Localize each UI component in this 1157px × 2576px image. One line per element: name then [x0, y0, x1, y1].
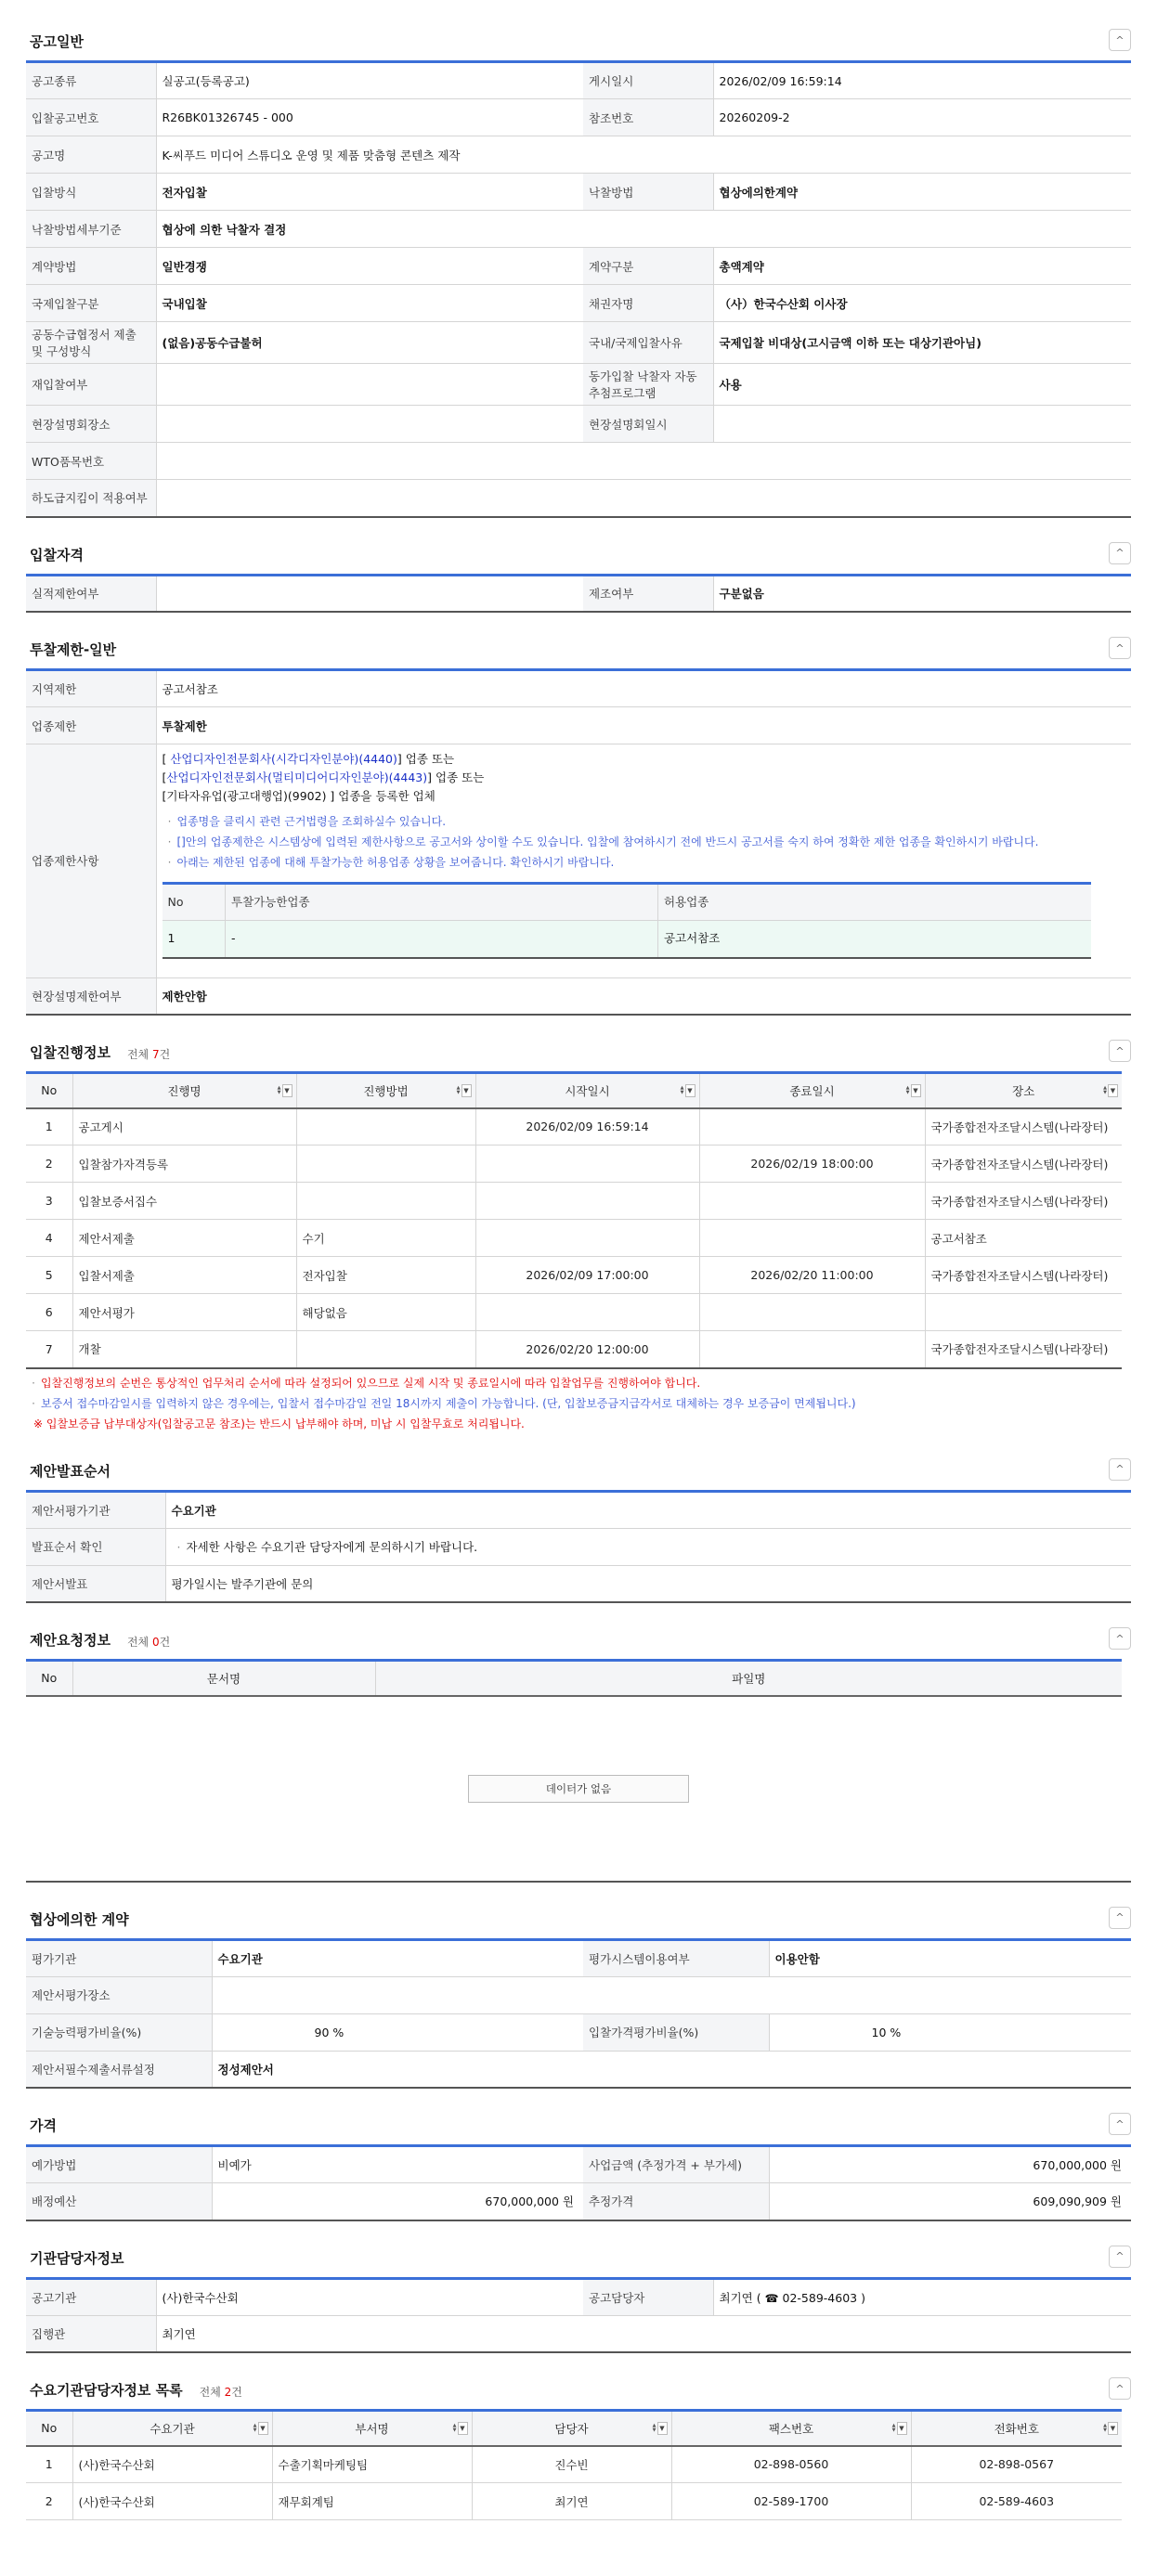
demand-contacts-table: No수요기관▲ ▼▼부서명▲ ▼▼담당자▲ ▼▼팩스번호▲ ▼▼전화번호▲ ▼▼…: [26, 2409, 1122, 2520]
table-cell: 2026/02/19 18:00:00: [699, 1146, 925, 1183]
table-cell: [475, 1183, 699, 1220]
field-value: 정성제안서: [212, 2051, 1131, 2088]
field-label: 공고명: [26, 136, 156, 174]
table-cell: 전자입찰: [296, 1257, 475, 1294]
table-cell: 4: [26, 1220, 72, 1257]
table-cell: 해당없음: [296, 1294, 475, 1331]
field-value: 수요기관: [165, 1491, 1131, 1528]
no-data-message: 데이터가 없음: [468, 1775, 689, 1803]
column-label: 부서명: [355, 2422, 388, 2436]
section-general: 공고일반 ^ 공고종류실공고(등록공고)게시일시2026/02/09 16:59…: [26, 19, 1131, 518]
field-label: 예가방법: [26, 2146, 212, 2183]
table-cell: 수출기획마케팅팀: [272, 2446, 472, 2483]
sort-control[interactable]: ▲ ▼▼: [1103, 2422, 1118, 2435]
chevron-up-icon: ^: [1115, 2118, 1124, 2130]
note-sequence: ·입찰진행정보의 순번은 통상적인 업무처리 순서에 따라 설정되어 있으므로 …: [26, 1373, 1131, 1393]
table-cell: 국가종합전자조달시스템(나라장터): [925, 1108, 1122, 1146]
field-label: 게시일시: [583, 62, 713, 99]
field-label: 낙찰방법: [583, 174, 713, 211]
section-title: 입찰진행정보: [26, 1042, 110, 1062]
field-value: ·자세한 사항은 수요기관 담당자에게 문의하시기 바랍니다.: [165, 1528, 1131, 1565]
column-header: 허용업종: [658, 884, 1091, 921]
table-cell: (사)한국수산회: [72, 2446, 272, 2483]
field-value: [212, 1976, 1131, 2013]
field-value: 이용안함: [769, 1939, 1131, 1976]
section-proposal-request: 제안요청정보 전체 0건 ^ No문서명파일명 데이터가 없음: [26, 1603, 1131, 1883]
column-label: 팩스번호: [769, 2422, 813, 2436]
column-label: 진행명: [167, 1084, 201, 1098]
field-value: K-씨푸드 미디어 스튜디오 운영 및 제품 맞춤형 콘텐츠 제작: [156, 136, 1131, 174]
table-cell: 5: [26, 1257, 72, 1294]
bullet: ·: [162, 832, 177, 852]
table-row: 1-공고서참조: [162, 921, 1091, 958]
section-title: 투찰제한-일반: [26, 640, 116, 659]
field-label: 실적제한여부: [26, 575, 156, 612]
field-value: 국제입찰 비대상(고시금액 이하 또는 대상기관아님): [713, 322, 1131, 364]
table-row: 6제안서평가해당없음: [26, 1294, 1122, 1331]
price-table: 예가방법 비예가 사업금액 (추정가격 + 부가세) 670,000,000 원…: [26, 2144, 1131, 2221]
table-cell: 2026/02/20 12:00:00: [475, 1331, 699, 1368]
section-negotiation: 협상에의한 계약 ^ 평가기관수요기관평가시스템이용여부이용안함제안서평가장소기…: [26, 1883, 1131, 2090]
field-value: 구분없음: [713, 575, 1131, 612]
column-label: 담당자: [554, 2422, 588, 2436]
sort-arrows-icon[interactable]: ▲ ▼: [906, 1086, 910, 1095]
sort-arrows-icon[interactable]: ▲ ▼: [1103, 2424, 1107, 2433]
field-value: 90 %: [212, 2013, 583, 2051]
sort-arrows-icon[interactable]: ▲ ▼: [253, 2424, 257, 2433]
field-value: 20260209-2: [713, 99, 1131, 136]
field-label: 업종제한: [26, 707, 156, 744]
field-label: 동가입찰 낙찰자 자동추첨프로그램: [583, 364, 713, 406]
field-label: 발표순서 확인: [26, 1528, 165, 1565]
field-value: [156, 443, 1131, 480]
table-cell: 02-898-0567: [911, 2446, 1122, 2483]
table-cell: 2: [26, 2483, 72, 2520]
table-cell: [296, 1108, 475, 1146]
table-cell: [699, 1331, 925, 1368]
table-cell: [699, 1294, 925, 1331]
field-value: [156, 575, 583, 612]
filter-dropdown-icon[interactable]: ▼: [685, 1084, 695, 1097]
form-row: WTO품목번호: [26, 443, 1131, 480]
field-label: 추정가격: [583, 2183, 769, 2220]
field-label: 국제입찰구분: [26, 285, 156, 322]
field-label: 입찰가격평가비율(%): [583, 2013, 769, 2051]
field-label: 집행관: [26, 2315, 156, 2352]
table-cell: [699, 1220, 925, 1257]
column-header: No: [26, 2411, 72, 2446]
form-row: 공동수급협정서 제출 및 구성방식(없음)공동수급불허국내/국제입찰사유국제입찰…: [26, 322, 1131, 364]
field-label: 국내/국제입찰사유: [583, 322, 713, 364]
allocated-budget: 670,000,000 원: [212, 2183, 583, 2220]
form-row: 현장설명회장소현장설명회일시: [26, 406, 1131, 443]
form-row: 실적제한여부제조여부구분없음: [26, 575, 1131, 612]
column-header: 파일명: [375, 1661, 1122, 1696]
field-label: 제조여부: [583, 575, 713, 612]
field-value: [156, 480, 1131, 517]
table-cell: 2026/02/09 17:00:00: [475, 1257, 699, 1294]
table-cell: 입찰보증서집수: [72, 1183, 296, 1220]
form-row: 하도급지킴이 적용여부: [26, 480, 1131, 517]
field-label: 제안서발표: [26, 1565, 165, 1602]
field-value: 국내입찰: [156, 285, 583, 322]
field-label: 현장설명제한여부: [26, 977, 156, 1015]
form-row: 공고명K-씨푸드 미디어 스튜디오 운영 및 제품 맞춤형 콘텐츠 제작: [26, 136, 1131, 174]
table-cell: [475, 1294, 699, 1331]
field-label: 지역제한: [26, 670, 156, 707]
section-title: 수요기관담당자정보 목록: [26, 2380, 183, 2400]
sort-arrows-icon[interactable]: ▲ ▼: [681, 1086, 684, 1095]
column-header[interactable]: 담당자▲ ▼▼: [472, 2411, 671, 2446]
field-value: 사용: [713, 364, 1131, 406]
field-label: 제안서평가장소: [26, 1976, 212, 2013]
sort-arrows-icon[interactable]: ▲ ▼: [1103, 1086, 1107, 1095]
section-title: 제안발표순서: [26, 1461, 110, 1481]
progress-table: No진행명▲ ▼▼진행방법▲ ▼▼시작일시▲ ▼▼종료일시▲ ▼▼장소▲ ▼▼ …: [26, 1071, 1122, 1369]
field-value: 평가일시는 발주기관에 문의: [165, 1565, 1131, 1602]
form-row: 계약방법일반경쟁계약구분총액계약: [26, 248, 1131, 285]
field-label: 공고종류: [26, 62, 156, 99]
empty-state: 데이터가 없음: [26, 1697, 1131, 1883]
sort-arrows-icon[interactable]: ▲ ▼: [453, 2424, 457, 2433]
chevron-up-icon: ^: [1115, 1045, 1124, 1057]
note-deposit: ※ 입찰보증금 납부대상자(입찰공고문 참조)는 반드시 납부해야 하며, 미납…: [26, 1414, 1131, 1434]
column-header: 투찰가능한업종: [226, 884, 658, 921]
column-header[interactable]: 팩스번호▲ ▼▼: [671, 2411, 911, 2446]
sort-control[interactable]: ▲ ▼▼: [653, 2422, 668, 2435]
column-header[interactable]: 전화번호▲ ▼▼: [911, 2411, 1122, 2446]
collapse-button[interactable]: ^: [1109, 2246, 1131, 2268]
table-cell: 1: [26, 2446, 72, 2483]
qualification-table: 실적제한여부제조여부구분없음: [26, 574, 1131, 614]
table-row: 4제안서제출수기공고서참조: [26, 1220, 1122, 1257]
column-header[interactable]: 장소▲ ▼▼: [925, 1073, 1122, 1108]
field-value: 일반경쟁: [156, 248, 583, 285]
sort-arrows-icon[interactable]: ▲ ▼: [653, 2424, 656, 2433]
field-label: 업종제한사항: [26, 744, 156, 978]
filter-dropdown-icon[interactable]: ▼: [657, 2422, 668, 2435]
chevron-up-icon: ^: [1115, 1463, 1124, 1475]
field-label: 참조번호: [583, 99, 713, 136]
form-row: 제안서필수제출서류설정정성제안서: [26, 2051, 1131, 2088]
field-label: 현장설명회일시: [583, 406, 713, 443]
field-value: [713, 406, 1131, 443]
filter-dropdown-icon[interactable]: ▼: [1108, 1084, 1118, 1097]
table-cell: 개찰: [72, 1331, 296, 1368]
column-label: 진행방법: [363, 1084, 408, 1098]
table-row: 1공고게시2026/02/09 16:59:14국가종합전자조달시스템(나라장터…: [26, 1108, 1122, 1146]
column-header: No: [162, 884, 226, 921]
table-cell: 1: [26, 1108, 72, 1146]
collapse-button[interactable]: ^: [1109, 542, 1131, 564]
table-cell: 진수빈: [472, 2446, 671, 2483]
form-row: 제안서평가장소: [26, 1976, 1131, 2013]
column-label: 수요기관: [149, 2422, 194, 2436]
table-cell: 02-898-0560: [671, 2446, 911, 2483]
table-row: 2(사)한국수산회재무회계팀최기연02-589-170002-589-4603: [26, 2483, 1122, 2520]
table-cell: [699, 1108, 925, 1146]
total-count: 전체 0건: [127, 1634, 170, 1650]
section-demand-contacts: 수요기관담당자정보 목록 전체 2건 ^ No수요기관▲ ▼▼부서명▲ ▼▼담당…: [26, 2353, 1131, 2520]
form-row: 재입찰여부동가입찰 낙찰자 자동추첨프로그램사용: [26, 364, 1131, 406]
section-title: 협상에의한 계약: [26, 1909, 129, 1929]
table-cell: 2: [26, 1146, 72, 1183]
filter-dropdown-icon[interactable]: ▼: [911, 1084, 921, 1097]
table-row: 2입찰참가자격등록2026/02/19 18:00:00국가종합전자조달시스템(…: [26, 1146, 1122, 1183]
table-cell: 수기: [296, 1220, 475, 1257]
field-value: 비예가: [212, 2146, 583, 2183]
table-cell: 제안서제출: [72, 1220, 296, 1257]
table-cell: 02-589-1700: [671, 2483, 911, 2520]
form-row: 낙찰방법세부기준협상에 의한 낙찰자 결정: [26, 211, 1131, 248]
field-value: 2026/02/09 16:59:14: [713, 62, 1131, 99]
collapse-button[interactable]: ^: [1109, 1040, 1131, 1062]
agency-table: 공고기관 (사)한국수산회 공고담당자 최기연 ( ☎ 02-589-4603 …: [26, 2277, 1131, 2354]
table-cell: [699, 1183, 925, 1220]
progress-notes: ·입찰진행정보의 순번은 통상적인 업무처리 순서에 따라 설정되어 있으므로 …: [26, 1369, 1131, 1434]
restriction-note: ·아래는 제한된 업종에 대해 투찰가능한 허용업종 상황을 보여줍니다. 확인…: [162, 852, 1126, 873]
field-value: 협상에 의한 낙찰자 결정: [156, 211, 1131, 248]
table-cell: 국가종합전자조달시스템(나라장터): [925, 1183, 1122, 1220]
form-row: 기술능력평가비율(%)90 %입찰가격평가비율(%)10 %: [26, 2013, 1131, 2051]
filter-dropdown-icon[interactable]: ▼: [282, 1084, 292, 1097]
section-qualification: 입찰자격 ^ 실적제한여부제조여부구분없음: [26, 518, 1131, 614]
table-cell: 재무회계팀: [272, 2483, 472, 2520]
section-price: 가격 ^ 예가방법 비예가 사업금액 (추정가격 + 부가세) 670,000,…: [26, 2089, 1131, 2221]
table-cell: 국가종합전자조달시스템(나라장터): [925, 1257, 1122, 1294]
sort-control[interactable]: ▲ ▼▼: [253, 2422, 268, 2435]
field-value: (없음)공동수급불허: [156, 322, 583, 364]
field-label: 평가기관: [26, 1939, 212, 1976]
collapse-button[interactable]: ^: [1109, 2113, 1131, 2135]
field-value: (사)한국수산회: [156, 2278, 583, 2315]
chevron-up-icon: ^: [1115, 34, 1124, 46]
business-amount: 670,000,000 원: [769, 2146, 1131, 2183]
form-row: 입찰공고번호R26BK01326745 - 000참조번호20260209-2: [26, 99, 1131, 136]
table-cell: 2026/02/20 11:00:00: [699, 1257, 925, 1294]
column-header: 문서명: [72, 1661, 375, 1696]
column-header: No: [26, 1661, 72, 1696]
table-cell: 국가종합전자조달시스템(나라장터): [925, 1146, 1122, 1183]
field-value: 최기연: [156, 2315, 1131, 2352]
proposal-request-table: No문서명파일명: [26, 1659, 1122, 1697]
field-value: 제한안함: [156, 977, 1131, 1015]
bullet: ·: [162, 811, 177, 832]
table-cell: 최기연: [472, 2483, 671, 2520]
table-cell: 2026/02/09 16:59:14: [475, 1108, 699, 1146]
column-label: 종료일시: [789, 1084, 834, 1098]
column-header[interactable]: 수요기관▲ ▼▼: [72, 2411, 272, 2446]
table-cell: 공고서참조: [925, 1220, 1122, 1257]
field-label: 하도급지킴이 적용여부: [26, 480, 156, 517]
field-value: 공고서참조: [156, 670, 1131, 707]
collapse-button[interactable]: ^: [1109, 1907, 1131, 1929]
field-label: 입찰공고번호: [26, 99, 156, 136]
column-label: No: [41, 2421, 57, 2435]
field-value: 협상에의한계약: [713, 174, 1131, 211]
chevron-up-icon: ^: [1115, 2250, 1124, 2262]
estimated-price: 609,090,909 원: [769, 2183, 1131, 2220]
table-cell: [296, 1146, 475, 1183]
table-cell: 공고게시: [72, 1108, 296, 1146]
table-cell: (사)한국수산회: [72, 2483, 272, 2520]
field-label: 사업금액 (추정가격 + 부가세): [583, 2146, 769, 2183]
column-header[interactable]: 진행명▲ ▼▼: [72, 1073, 296, 1108]
table-cell: 3: [26, 1183, 72, 1220]
table-cell: [475, 1220, 699, 1257]
contact-person: 최기연 ( ☎ 02-589-4603 ): [713, 2278, 1131, 2315]
field-value: 실공고(등록공고): [156, 62, 583, 99]
form-row: 제안서발표평가일시는 발주기관에 문의: [26, 1565, 1131, 1602]
column-label: 전화번호: [994, 2422, 1039, 2436]
column-label: 장소: [1012, 1084, 1034, 1098]
form-row: 국제입찰구분국내입찰채권자명（사）한국수산회 이사장: [26, 285, 1131, 322]
column-label: No: [41, 1671, 57, 1685]
column-header[interactable]: 진행방법▲ ▼▼: [296, 1073, 475, 1108]
table-cell: [296, 1331, 475, 1368]
column-label: No: [41, 1083, 57, 1097]
section-title: 입찰자격: [26, 545, 84, 564]
section-title: 가격: [26, 2116, 57, 2135]
sort-control[interactable]: ▲ ▼▼: [1103, 1084, 1118, 1097]
collapse-button[interactable]: ^: [1109, 2377, 1131, 2400]
sort-arrows-icon[interactable]: ▲ ▼: [278, 1086, 281, 1095]
restriction-table: 지역제한 공고서참조 업종제한 투찰제한 업종제한사항 [ 산업디자인전문회사(…: [26, 668, 1131, 1016]
field-label: 평가시스템이용여부: [583, 1939, 769, 1976]
table-cell: 입찰서제출: [72, 1257, 296, 1294]
industry-line: [기타자유업(광고대행업)(9902) ] 업종을 등록한 업체: [162, 787, 1126, 806]
chevron-up-icon: ^: [1115, 1633, 1124, 1645]
field-label: 공고담당자: [583, 2278, 713, 2315]
filter-dropdown-icon[interactable]: ▼: [1108, 2422, 1118, 2435]
section-title: 기관담당자정보: [26, 2248, 123, 2268]
form-row: 제안서평가기관수요기관: [26, 1491, 1131, 1528]
field-label: 낙찰방법세부기준: [26, 211, 156, 248]
field-value: [156, 406, 583, 443]
collapse-button[interactable]: ^: [1109, 637, 1131, 659]
filter-dropdown-icon[interactable]: ▼: [897, 2422, 907, 2435]
table-cell: 입찰참가자격등록: [72, 1146, 296, 1183]
form-row: 발표순서 확인·자세한 사항은 수요기관 담당자에게 문의하시기 바랍니다.: [26, 1528, 1131, 1565]
field-value: 10 %: [769, 2013, 1131, 2051]
sort-arrows-icon[interactable]: ▲ ▼: [892, 2424, 896, 2433]
table-cell: 02-589-4603: [911, 2483, 1122, 2520]
bullet: ·: [172, 1540, 187, 1554]
field-label: 배정예산: [26, 2183, 212, 2220]
industry-link[interactable]: 산업디자인전문회사(멀티미디어디자인분야)(4443): [166, 770, 427, 784]
section-title: 공고일반: [26, 32, 84, 51]
field-label: 공고기관: [26, 2278, 156, 2315]
table-row: 3입찰보증서집수국가종합전자조달시스템(나라장터): [26, 1183, 1122, 1220]
field-label: 제안서평가기관: [26, 1491, 165, 1528]
column-header[interactable]: 시작일시▲ ▼▼: [475, 1073, 699, 1108]
field-label: 계약방법: [26, 248, 156, 285]
general-table: 공고종류실공고(등록공고)게시일시2026/02/09 16:59:14입찰공고…: [26, 60, 1131, 518]
field-label: 공동수급협정서 제출 및 구성방식: [26, 322, 156, 364]
total-count: 전체 2건: [200, 2384, 242, 2400]
column-label: 시작일시: [565, 1084, 609, 1098]
table-cell: 7: [26, 1331, 72, 1368]
field-label: 계약구분: [583, 248, 713, 285]
field-value: 수요기관: [212, 1939, 583, 1976]
column-header: No: [26, 1073, 72, 1108]
field-label: 채권자명: [583, 285, 713, 322]
field-label: 재입찰여부: [26, 364, 156, 406]
chevron-up-icon: ^: [1115, 547, 1124, 559]
collapse-button[interactable]: ^: [1109, 1627, 1131, 1650]
bullet: ·: [162, 852, 177, 873]
section-agency-contact: 기관담당자정보 ^ 공고기관 (사)한국수산회 공고담당자 최기연 ( ☎ 02…: [26, 2221, 1131, 2354]
total-count: 전체 7건: [127, 1046, 170, 1062]
table-cell: 국가종합전자조달시스템(나라장터): [925, 1331, 1122, 1368]
allowed-industry-table: No투찰가능한업종허용업종 1-공고서참조: [162, 882, 1091, 959]
filter-dropdown-icon[interactable]: ▼: [461, 1084, 472, 1097]
phone-icon: ☎: [765, 2292, 779, 2305]
section-title: 제안요청정보: [26, 1630, 110, 1650]
filter-dropdown-icon[interactable]: ▼: [258, 2422, 268, 2435]
table-cell: [475, 1146, 699, 1183]
restriction-note: ·업종명을 클릭시 관련 근거법령을 조회하실수 있습니다.: [162, 811, 1126, 832]
table-row: 1(사)한국수산회수출기획마케팅팀진수빈02-898-056002-898-05…: [26, 2446, 1122, 2483]
table-cell: 6: [26, 1294, 72, 1331]
sort-control[interactable]: ▲ ▼▼: [906, 1084, 921, 1097]
table-cell: 1: [162, 921, 226, 958]
sort-control[interactable]: ▲ ▼▼: [453, 2422, 468, 2435]
form-row: 공고종류실공고(등록공고)게시일시2026/02/09 16:59:14: [26, 62, 1131, 99]
column-label: 파일명: [732, 1672, 765, 1686]
sort-control[interactable]: ▲ ▼▼: [681, 1084, 695, 1097]
collapse-button[interactable]: ^: [1109, 29, 1131, 51]
column-header[interactable]: 종료일시▲ ▼▼: [699, 1073, 925, 1108]
table-row: 5입찰서제출전자입찰2026/02/09 17:00:002026/02/20 …: [26, 1257, 1122, 1294]
presentation-table: 제안서평가기관수요기관발표순서 확인·자세한 사항은 수요기관 담당자에게 문의…: [26, 1490, 1131, 1604]
field-label: 기술능력평가비율(%): [26, 2013, 212, 2051]
section-presentation: 제안발표순서 ^ 제안서평가기관수요기관발표순서 확인·자세한 사항은 수요기관…: [26, 1434, 1131, 1604]
field-label: 입찰방식: [26, 174, 156, 211]
chevron-up-icon: ^: [1115, 642, 1124, 654]
field-label: 현장설명회장소: [26, 406, 156, 443]
field-value: [156, 364, 583, 406]
table-cell: -: [226, 921, 658, 958]
field-value: 투찰제한: [156, 707, 1131, 744]
sort-control[interactable]: ▲ ▼▼: [278, 1084, 292, 1097]
table-row: 7개찰2026/02/20 12:00:00국가종합전자조달시스템(나라장터): [26, 1331, 1122, 1368]
table-cell: 공고서참조: [658, 921, 1091, 958]
sort-arrows-icon[interactable]: ▲ ▼: [457, 1086, 461, 1095]
form-row: 평가기관수요기관평가시스템이용여부이용안함: [26, 1939, 1131, 1976]
section-progress: 입찰진행정보 전체 7건 ^ No진행명▲ ▼▼진행방법▲ ▼▼시작일시▲ ▼▼…: [26, 1016, 1131, 1434]
field-value: 총액계약: [713, 248, 1131, 285]
table-cell: [296, 1183, 475, 1220]
sort-control[interactable]: ▲ ▼▼: [892, 2422, 907, 2435]
negotiation-table: 평가기관수요기관평가시스템이용여부이용안함제안서평가장소기술능력평가비율(%)9…: [26, 1938, 1131, 2090]
section-restriction: 투찰제한-일반 ^ 지역제한 공고서참조 업종제한 투찰제한 업종제한사항 [ …: [26, 613, 1131, 1016]
form-row: 입찰방식전자입찰낙찰방법협상에의한계약: [26, 174, 1131, 211]
table-cell: 제안서평가: [72, 1294, 296, 1331]
note-guarantee: ·보증서 접수마감일시를 입력하지 않은 경우에는, 입찰서 접수마감일 전일 …: [26, 1393, 1131, 1414]
chevron-up-icon: ^: [1115, 2383, 1124, 2395]
field-label: WTO품목번호: [26, 443, 156, 480]
industry-line: [산업디자인전문회사(멀티미디어디자인분야)(4443)] 업종 또는: [162, 769, 1126, 787]
filter-dropdown-icon[interactable]: ▼: [458, 2422, 468, 2435]
column-header[interactable]: 부서명▲ ▼▼: [272, 2411, 472, 2446]
field-value: R26BK01326745 - 000: [156, 99, 583, 136]
sort-control[interactable]: ▲ ▼▼: [457, 1084, 472, 1097]
table-cell: [925, 1294, 1122, 1331]
restriction-note: ·[]안의 업종제한은 시스템상에 입력된 제한사항으로 공고서와 상이할 수도…: [162, 832, 1126, 852]
collapse-button[interactable]: ^: [1109, 1458, 1131, 1481]
industry-link[interactable]: 산업디자인전문회사(시각디자인분야)(4440): [170, 752, 397, 766]
